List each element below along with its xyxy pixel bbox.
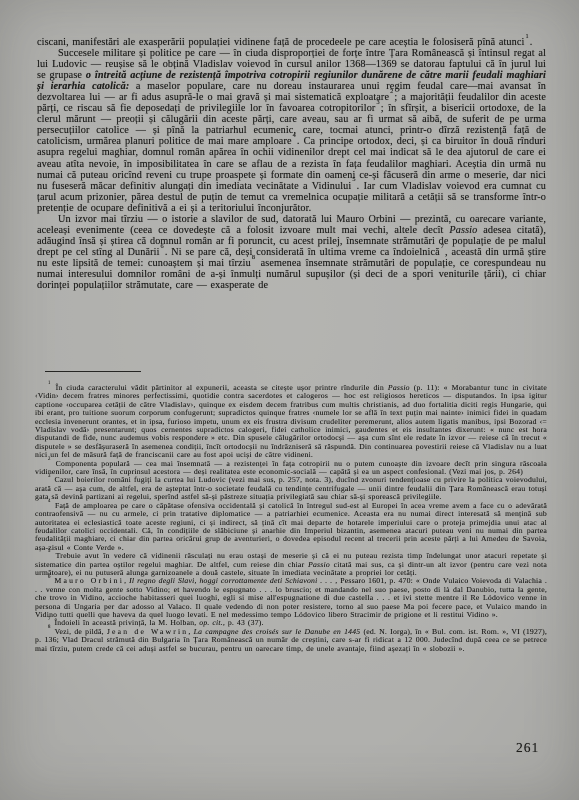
footnote-marker: 3 (376, 99, 379, 106)
main-text: ciscani, manifestări ale exasperării pop… (37, 37, 546, 291)
footnote: 8 Vezi, de pildă, Jean de Wawrin, La cam… (35, 628, 547, 653)
footnote-marker: 4 (293, 132, 296, 139)
footnote: 3 Cazul boierilor români fugiți la curte… (35, 476, 547, 501)
footnote-marker: 4 (48, 499, 51, 504)
footnotes-section: 1 În ciuda caracterului vădit părtinitor… (35, 384, 547, 653)
paragraph: Succesele militare și politice pe care —… (37, 48, 546, 214)
text-run: (p. 11): « Morabantur tunc in civitate ‹… (35, 383, 547, 459)
page-number: 261 (516, 740, 539, 756)
text-run: . Ni se pare că, deși considerată în ult… (165, 247, 440, 258)
footnote: 4 Față de amploarea pe care o căpătase o… (35, 502, 547, 552)
text-run: Passio (449, 225, 477, 236)
text-run: Componenta populară — cea mai însemnată … (35, 459, 547, 476)
footnote-marker: 8 (252, 254, 255, 261)
footnote-marker: 6 (48, 575, 51, 580)
footnote: 2 Componenta populară — cea mai însemnat… (35, 460, 547, 477)
footnote-marker: 6 (161, 243, 164, 250)
text-run: . (530, 37, 533, 48)
paragraph: Un izvor mai tîrziu — o istorie a slavil… (37, 214, 546, 291)
footnote-separator (45, 371, 141, 372)
text-run: ciscani, manifestări ale exasperării pop… (37, 37, 524, 48)
footnote-marker: 7 (48, 617, 51, 622)
footnote-marker: 5 (352, 176, 355, 183)
footnote-marker: 2 (48, 457, 51, 462)
footnote-marker: 7 (441, 243, 444, 250)
footnote-marker: 1 (48, 381, 51, 386)
footnote-marker: 8 (48, 625, 51, 630)
footnote: 6 Mauro Orbini, Il regno degli Slavi, ho… (35, 577, 547, 619)
text-run: Față de amploarea pe care o căpătase ofe… (35, 501, 547, 552)
book-page: ciscani, manifestări ale exasperării pop… (0, 0, 579, 800)
footnote: 1 În ciuda caracterului vădit părtinitor… (35, 384, 547, 460)
footnote-marker: 1 (525, 33, 528, 40)
footnote-marker: 3 (48, 474, 51, 479)
footnote-marker: 2 (390, 88, 393, 95)
footnote-marker: 5 (48, 549, 51, 554)
paragraph: ciscani, manifestări ale exasperării pop… (37, 37, 546, 48)
footnote: 5 Trebuie avut în vedere că vidinenii ră… (35, 552, 547, 577)
text-run: Cazul boierilor români fugiți la curtea … (35, 475, 547, 501)
